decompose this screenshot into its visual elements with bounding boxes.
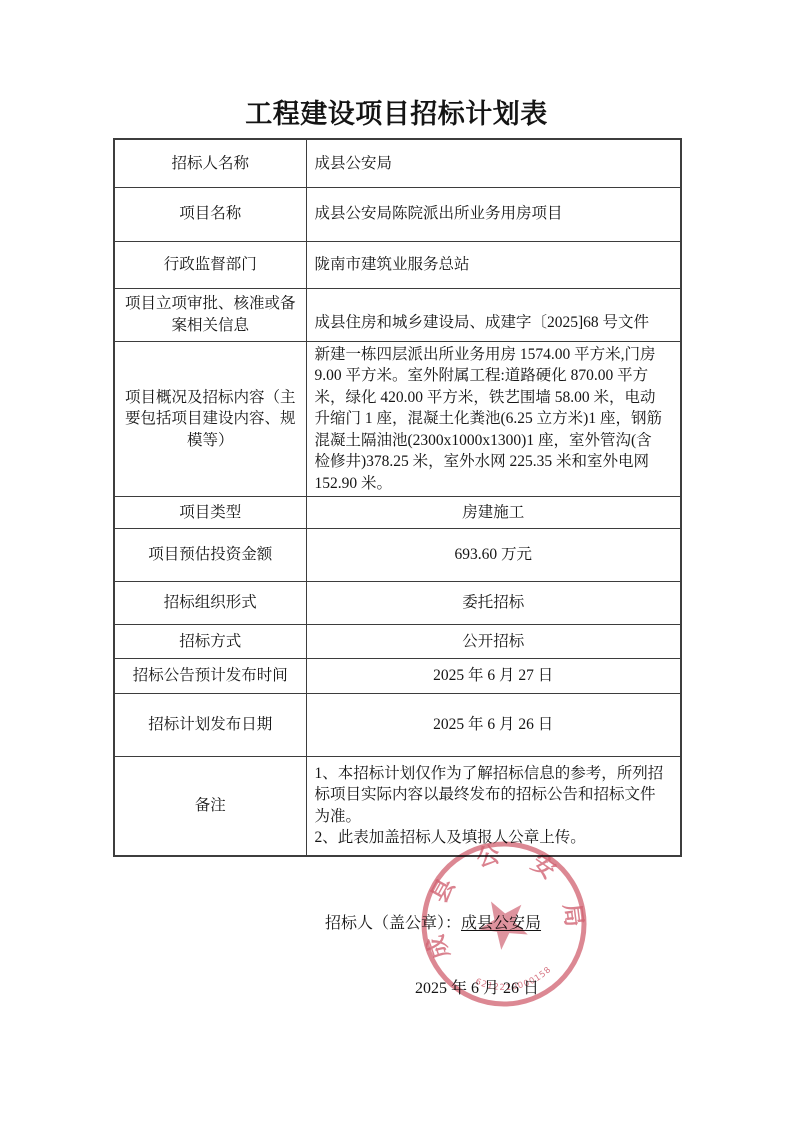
table-row: 项目预估投资金额 693.60 万元	[114, 529, 681, 582]
label-project-type: 项目类型	[114, 497, 306, 529]
value-tenderer-name: 成县公安局	[306, 139, 681, 187]
value-remarks: 1、本招标计划仅作为了解招标信息的参考，所列招 标项目实际内容以最终发布的招标公…	[306, 757, 681, 856]
table-row: 招标计划发布日期 2025 年 6 月 26 日	[114, 694, 681, 757]
label-approval-info: 项目立项审批、核准或备 案相关信息	[114, 288, 306, 341]
table-row: 招标组织形式 委托招标	[114, 582, 681, 625]
label-bidding-method: 招标方式	[114, 625, 306, 659]
label-estimated-investment: 项目预估投资金额	[114, 529, 306, 582]
value-project-overview: 新建一栋四层派出所业务用房 1574.00 平方米,门房 9.00 平方米。室外…	[306, 341, 681, 497]
signature-label: 招标人（盖公章）：	[325, 915, 461, 932]
page-title: 工程建设项目招标计划表	[0, 92, 793, 131]
table-row: 招标人名称 成县公安局	[114, 139, 681, 187]
table-row: 招标方式 公开招标	[114, 625, 681, 659]
table-row: 行政监督部门 陇南市建筑业服务总站	[114, 241, 681, 288]
label-project-overview: 项目概况及招标内容（主 要包括项目建设内容、规 模等）	[114, 341, 306, 497]
value-organization-form: 委托招标	[306, 582, 681, 625]
value-plan-publish-date: 2025 年 6 月 26 日	[306, 694, 681, 757]
signature-name: 成县公安局	[461, 915, 541, 932]
label-tenderer-name: 招标人名称	[114, 139, 306, 187]
document-page: 工程建设项目招标计划表 招标人名称 成县公安局 项目名称 成县公安局陈院派出所业…	[0, 0, 793, 1122]
value-estimated-investment: 693.60 万元	[306, 529, 681, 582]
table-row: 项目立项审批、核准或备 案相关信息 成县住房和城乡建设局、成建字〔2025]68…	[114, 288, 681, 341]
signature-line: 招标人（盖公章）：成县公安局	[325, 913, 541, 934]
signature-date: 2025 年 6 月 26 日	[325, 978, 541, 999]
value-announcement-date: 2025 年 6 月 27 日	[306, 659, 681, 694]
value-supervising-department: 陇南市建筑业服务总站	[306, 241, 681, 288]
label-project-name: 项目名称	[114, 187, 306, 241]
table-row: 项目类型 房建施工	[114, 497, 681, 529]
table-row: 项目概况及招标内容（主 要包括项目建设内容、规 模等） 新建一栋四层派出所业务用…	[114, 341, 681, 497]
table-row: 备注 1、本招标计划仅作为了解招标信息的参考，所列招 标项目实际内容以最终发布的…	[114, 757, 681, 856]
table-row: 项目名称 成县公安局陈院派出所业务用房项目	[114, 187, 681, 241]
label-announcement-date: 招标公告预计发布时间	[114, 659, 306, 694]
label-plan-publish-date: 招标计划发布日期	[114, 694, 306, 757]
value-approval-info: 成县住房和城乡建设局、成建字〔2025]68 号文件	[306, 288, 681, 341]
label-remarks: 备注	[114, 757, 306, 856]
signature-block: 招标人（盖公章）：成县公安局 2025 年 6 月 26 日	[325, 871, 541, 1041]
value-project-name: 成县公安局陈院派出所业务用房项目	[306, 187, 681, 241]
label-organization-form: 招标组织形式	[114, 582, 306, 625]
label-supervising-department: 行政监督部门	[114, 241, 306, 288]
bidding-plan-table: 招标人名称 成县公安局 项目名称 成县公安局陈院派出所业务用房项目 行政监督部门…	[113, 138, 682, 857]
value-bidding-method: 公开招标	[306, 625, 681, 659]
value-project-type: 房建施工	[306, 497, 681, 529]
table-row: 招标公告预计发布时间 2025 年 6 月 27 日	[114, 659, 681, 694]
